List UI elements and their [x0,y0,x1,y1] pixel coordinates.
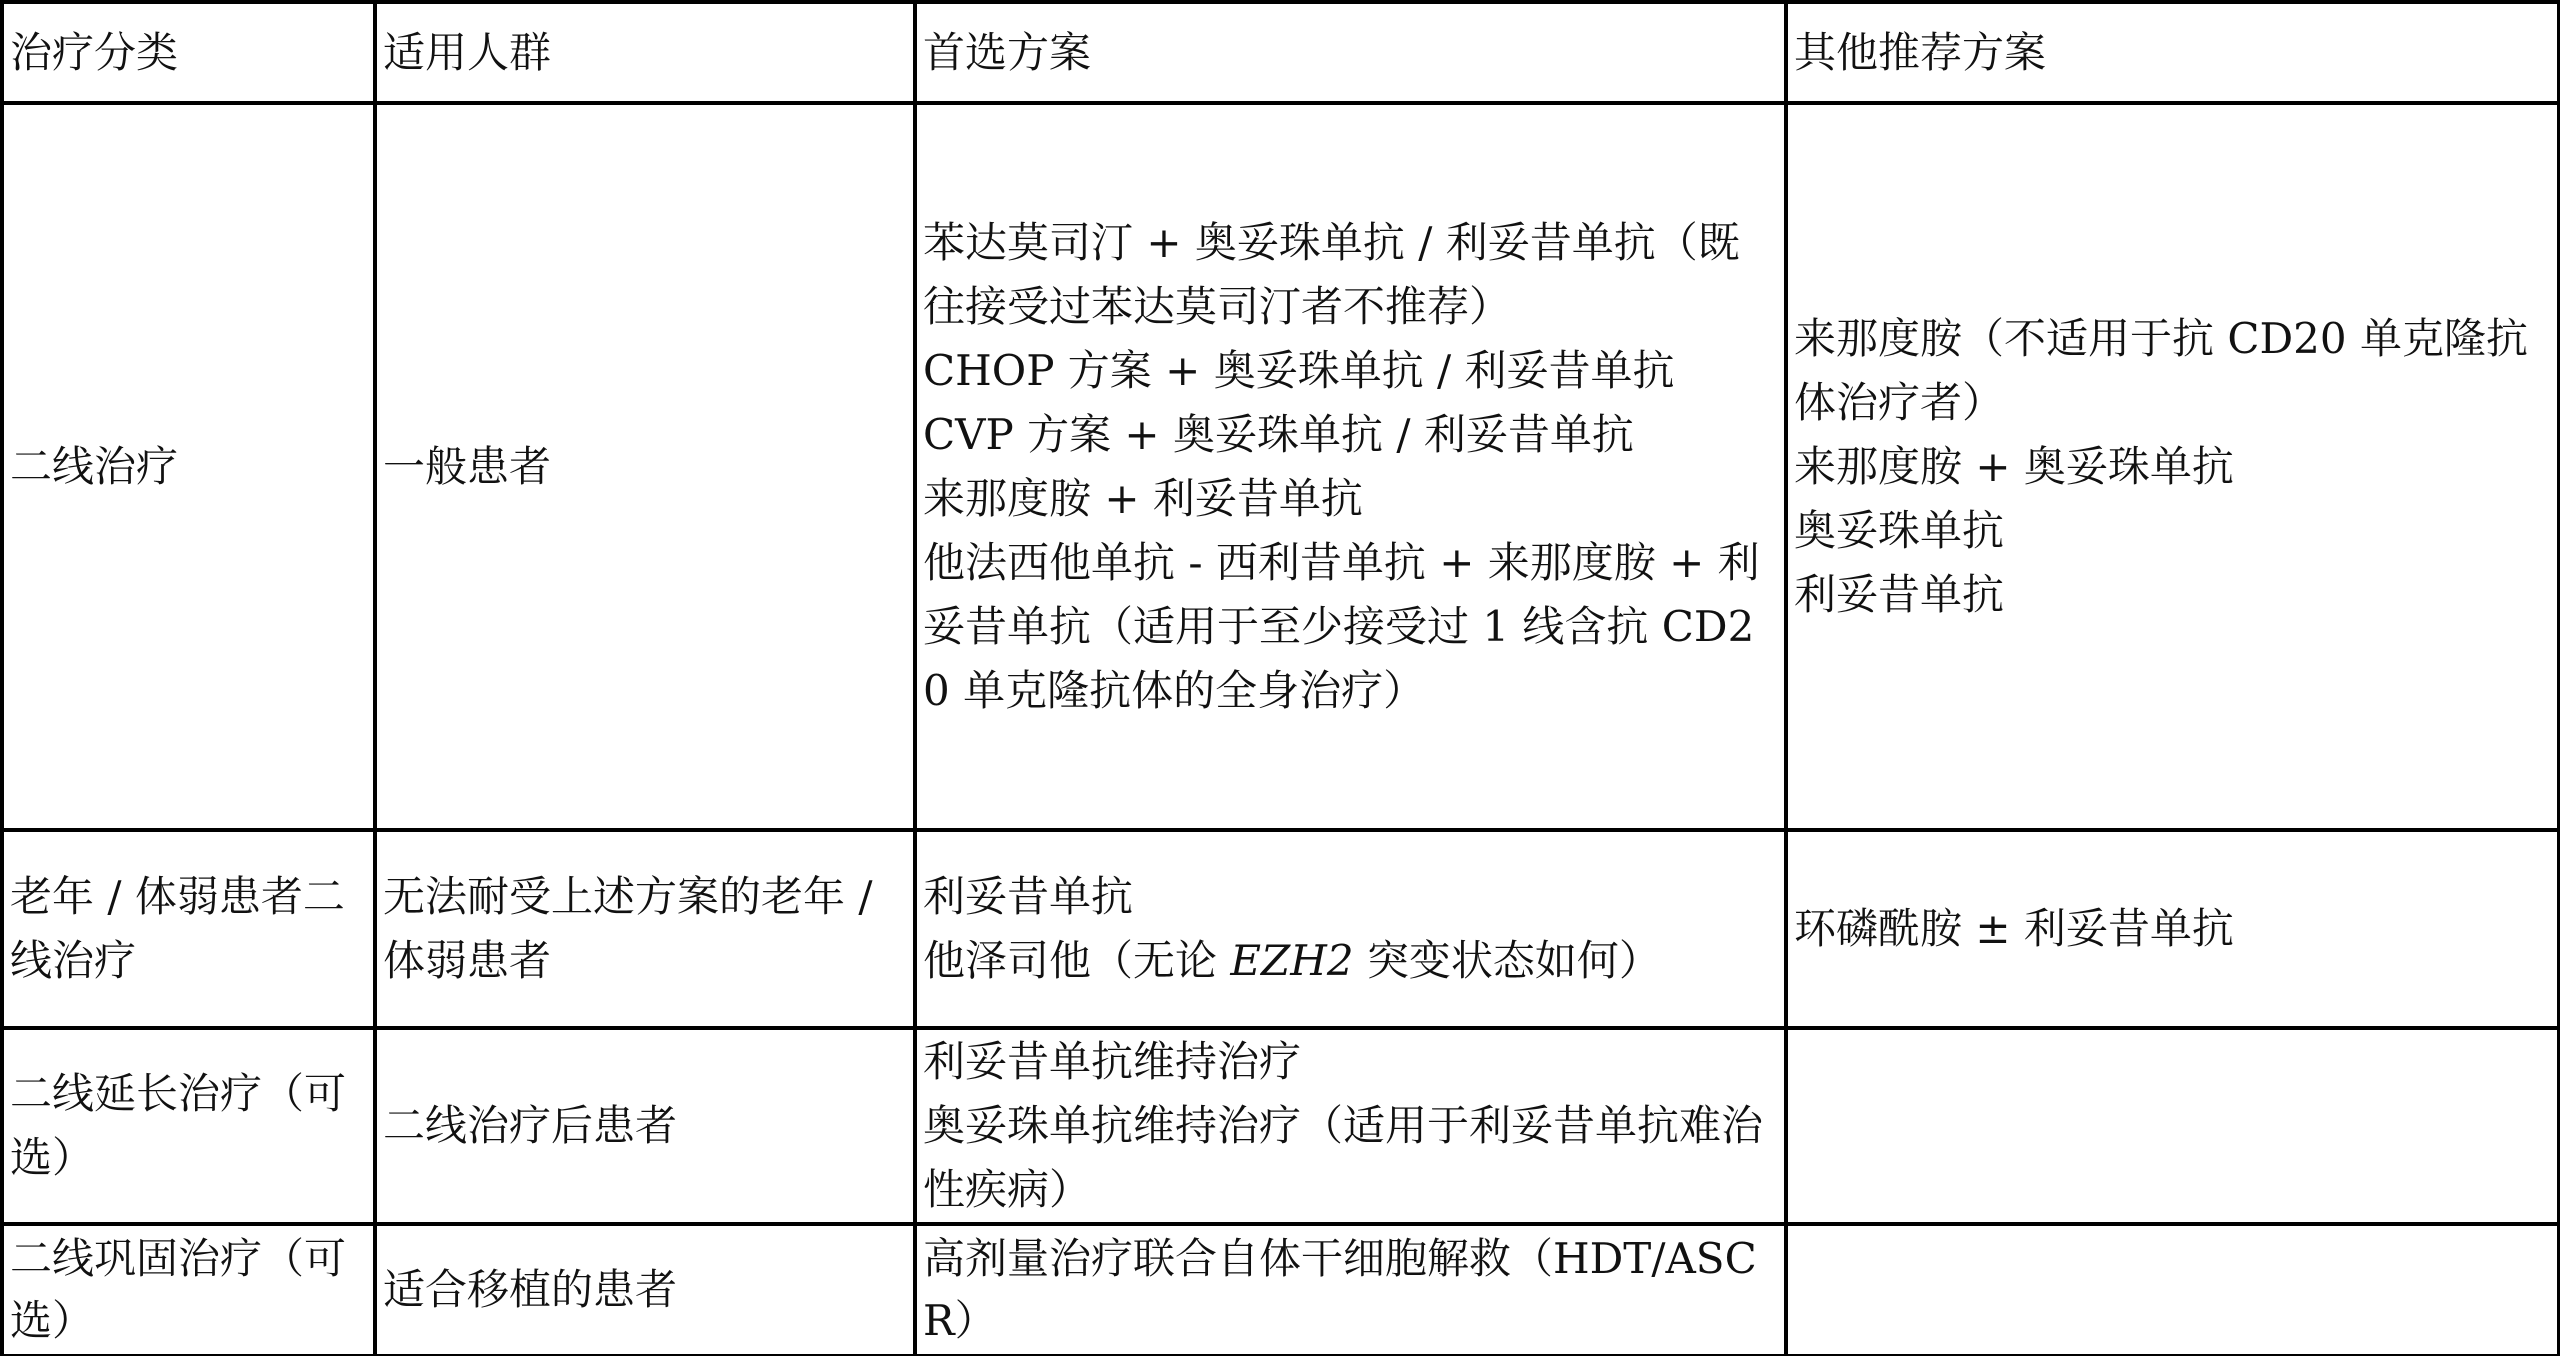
regimen-line: 来那度胺（不适用于抗 CD20 单克隆抗体治疗者） [1794,307,2553,435]
cell-category: 二线延长治疗（可选） [2,1028,375,1224]
cell-other: 环磷酰胺 ± 利妥昔单抗 [1786,830,2559,1028]
treatment-table: 治疗分类 适用人群 首选方案 其他推荐方案 二线治疗 一般患者 苯达莫司汀 + … [0,0,2560,1356]
cell-category: 二线治疗 [2,103,375,830]
table-row: 二线治疗 一般患者 苯达莫司汀 + 奥妥珠单抗 / 利妥昔单抗（既往接受过苯达莫… [2,103,2559,830]
regimen-text: 突变状态如何） [1354,936,1661,985]
cell-preferred: 利妥昔单抗 他泽司他（无论 EZH2 突变状态如何） [915,830,1786,1028]
regimen-line: 利妥昔单抗 [1794,563,2553,627]
regimen-line: CHOP 方案 + 奥妥珠单抗 / 利妥昔单抗 [923,339,1780,403]
table-row: 二线巩固治疗（可选） 适合移植的患者 高剂量治疗联合自体干细胞解救（HDT/AS… [2,1224,2559,1356]
cell-population: 二线治疗后患者 [375,1028,915,1224]
treatment-table-container: 治疗分类 适用人群 首选方案 其他推荐方案 二线治疗 一般患者 苯达莫司汀 + … [0,0,2557,1355]
cell-other [1786,1224,2559,1356]
table-row: 老年 / 体弱患者二线治疗 无法耐受上述方案的老年 / 体弱患者 利妥昔单抗 他… [2,830,2559,1028]
cell-preferred: 高剂量治疗联合自体干细胞解救（HDT/ASCR） [915,1224,1786,1356]
regimen-line: 奥妥珠单抗维持治疗（适用于利妥昔单抗难治性疾病） [923,1094,1780,1222]
regimen-line: 高剂量治疗联合自体干细胞解救（HDT/ASCR） [923,1228,1780,1352]
cell-other: 来那度胺（不适用于抗 CD20 单克隆抗体治疗者） 来那度胺 + 奥妥珠单抗 奥… [1786,103,2559,830]
regimen-line: 利妥昔单抗 [923,865,1780,929]
header-preferred-regimen: 首选方案 [915,2,1786,103]
regimen-line: 苯达莫司汀 + 奥妥珠单抗 / 利妥昔单抗（既往接受过苯达莫司汀者不推荐） [923,211,1780,339]
header-treatment-category: 治疗分类 [2,2,375,103]
regimen-line: 来那度胺 + 奥妥珠单抗 [1794,435,2553,499]
regimen-line: 他泽司他（无论 EZH2 突变状态如何） [923,929,1780,993]
header-other-regimens: 其他推荐方案 [1786,2,2559,103]
regimen-text: 他泽司他（无论 [923,936,1230,985]
gene-name: EZH2 [1230,936,1353,985]
cell-preferred: 苯达莫司汀 + 奥妥珠单抗 / 利妥昔单抗（既往接受过苯达莫司汀者不推荐） CH… [915,103,1786,830]
header-target-population: 适用人群 [375,2,915,103]
table-row: 二线延长治疗（可选） 二线治疗后患者 利妥昔单抗维持治疗 奥妥珠单抗维持治疗（适… [2,1028,2559,1224]
table-header-row: 治疗分类 适用人群 首选方案 其他推荐方案 [2,2,2559,103]
regimen-line: 环磷酰胺 ± 利妥昔单抗 [1794,897,2553,961]
regimen-line: 利妥昔单抗维持治疗 [923,1030,1780,1094]
cell-preferred: 利妥昔单抗维持治疗 奥妥珠单抗维持治疗（适用于利妥昔单抗难治性疾病） [915,1028,1786,1224]
regimen-line: 来那度胺 + 利妥昔单抗 [923,467,1780,531]
cell-population: 一般患者 [375,103,915,830]
cell-category: 老年 / 体弱患者二线治疗 [2,830,375,1028]
cell-population: 无法耐受上述方案的老年 / 体弱患者 [375,830,915,1028]
cell-population: 适合移植的患者 [375,1224,915,1356]
regimen-line: CVP 方案 + 奥妥珠单抗 / 利妥昔单抗 [923,403,1780,467]
cell-other [1786,1028,2559,1224]
cell-category: 二线巩固治疗（可选） [2,1224,375,1356]
regimen-line: 奥妥珠单抗 [1794,499,2553,563]
regimen-line: 他法西他单抗 - 西利昔单抗 + 来那度胺 + 利妥昔单抗（适用于至少接受过 1… [923,531,1780,723]
